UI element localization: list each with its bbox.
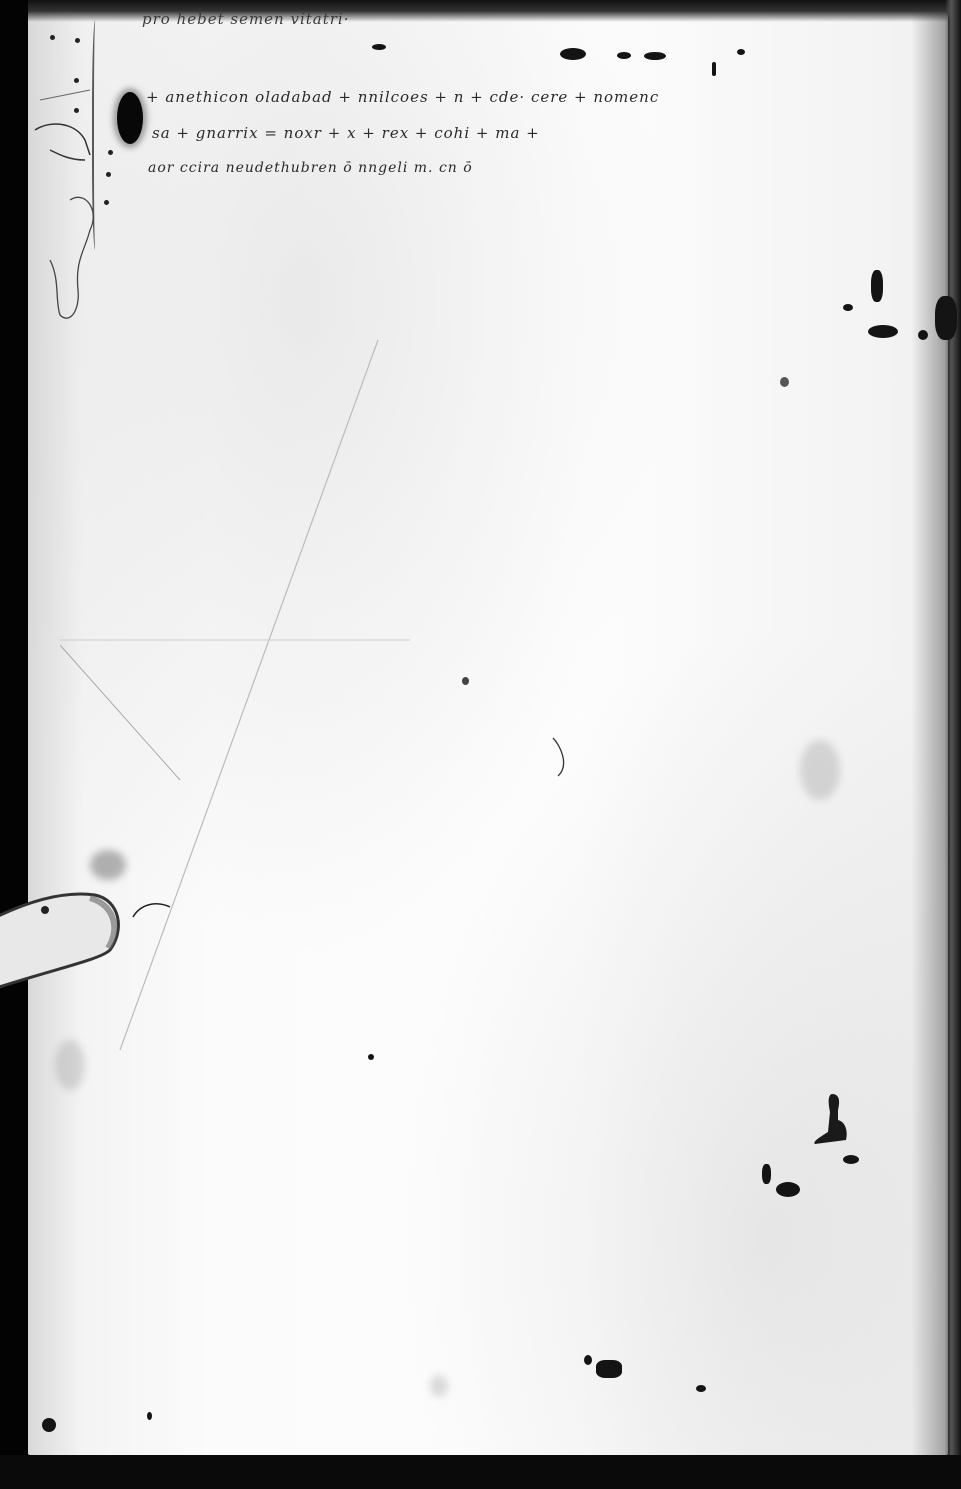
bottom-edge-shadow <box>0 1455 961 1489</box>
manuscript-page: pro hebet semen vitatri· + anethicon ola… <box>0 0 961 1489</box>
scratch-marks <box>0 0 961 1489</box>
thumb-holding-page <box>0 880 130 990</box>
